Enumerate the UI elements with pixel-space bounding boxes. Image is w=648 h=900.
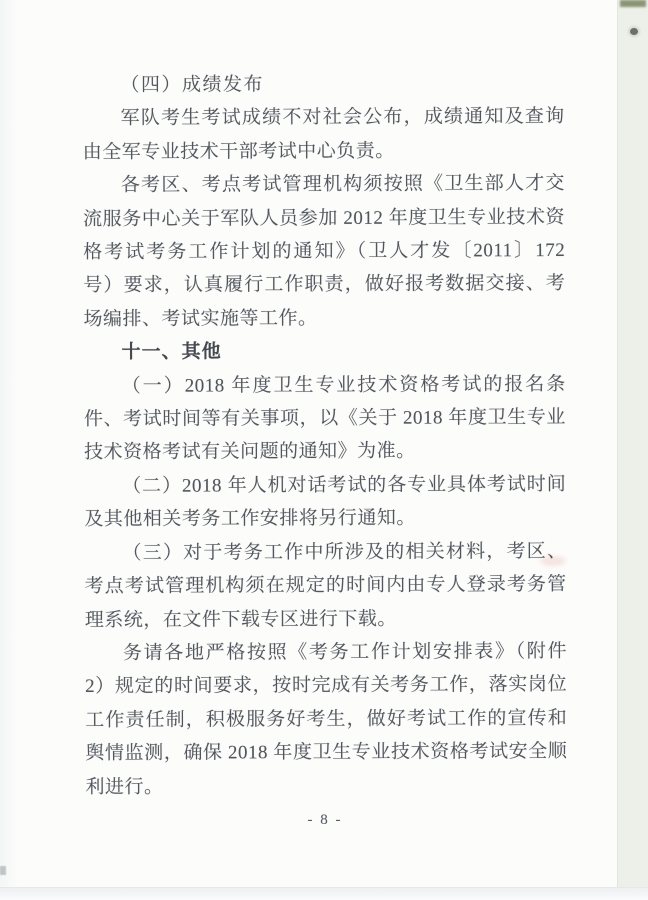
scan-edge-left	[0, 0, 18, 900]
scan-edge-right	[617, 0, 648, 900]
document-body: （四）成绩发布 军队考生考试成绩不对社会公布，成绩通知及查询由全军专业技术干部考…	[82, 67, 567, 804]
paragraph-item-three-materials-download: （三）对于考务工作中所涉及的相关材料，考区、考点考试管理机构须在规定的时间内由专…	[84, 535, 566, 637]
scanned-document-page: （四）成绩发布 军队考生考试成绩不对社会公布，成绩通知及查询由全军专业技术干部考…	[0, 0, 648, 900]
heading-section-eleven-others: 十一、其他	[84, 334, 566, 370]
page-number: - 8 -	[84, 812, 566, 829]
scan-dot-artifact	[630, 28, 638, 35]
paragraph-item-two-computer-exam: （二）2018 年人机对话考试的各专业具体考试时间及其他相关考务工作安排将另行通…	[84, 468, 566, 537]
scan-edge-bottom	[0, 887, 648, 900]
paragraph-closing-requirements: 务请各地严格按照《考务工作计划安排表》（附件 2）规定的时间要求，按时完成有关考…	[85, 635, 568, 804]
paragraph-item-one-registration: （一）2018 年度卫生专业技术资格考试的报名条件、考试时间等有关事项，以《关于…	[84, 368, 566, 470]
paragraph-military-scores: 军队考生考试成绩不对社会公布，成绩通知及查询由全军专业技术干部考试中心负责。	[83, 100, 565, 169]
paragraph-exam-admin-requirements: 各考区、考点考试管理机构须按照《卫生部人才交流服务中心关于军队人员参加 2012…	[83, 167, 566, 336]
scan-mark-bottom-left	[0, 866, 6, 875]
scan-edge-right-top-smudge	[620, 0, 646, 7]
subheading-score-release: （四）成绩发布	[82, 67, 564, 103]
